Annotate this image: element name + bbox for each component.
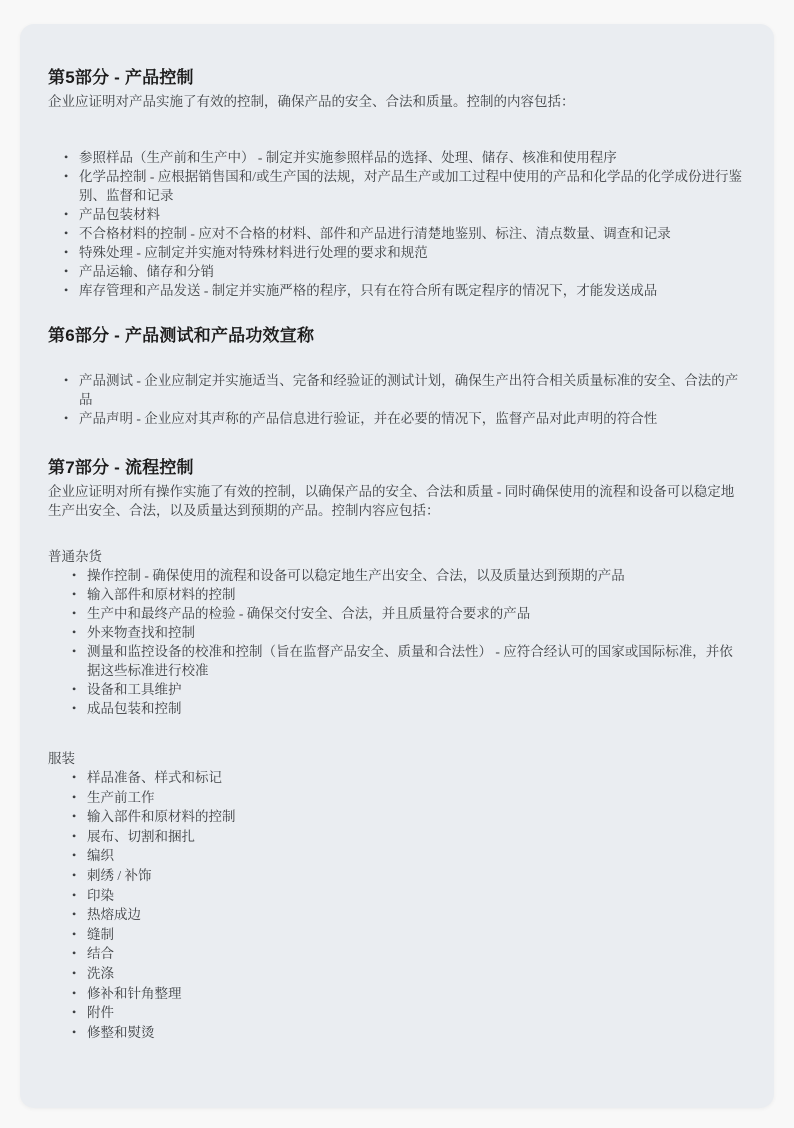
list-item: 展布、切割和捆扎: [70, 827, 746, 847]
list-item: 输入部件和原材料的控制: [70, 585, 746, 604]
bullet-list: 样品准备、样式和标记生产前工作输入部件和原材料的控制展布、切割和捆扎编织刺绣 /…: [48, 768, 746, 1042]
section-product-control: 第5部分 - 产品控制 企业应证明对产品实施了有效的控制，确保产品的安全、合法和…: [48, 66, 746, 300]
list-item: 样品准备、样式和标记: [70, 768, 746, 788]
section-product-testing: 第6部分 - 产品测试和产品功效宣称 产品测试 - 企业应制定并实施适当、完备和…: [48, 324, 746, 428]
list-item: 附件: [70, 1003, 746, 1023]
list-item: 外来物查找和控制: [70, 623, 746, 642]
bullet-list: 参照样品（生产前和生产中） - 制定并实施参照样品的选择、处理、储存、核准和使用…: [48, 148, 746, 300]
section-title: 第7部分 - 流程控制: [48, 456, 746, 480]
section-process-control: 第7部分 - 流程控制 企业应证明对所有操作实施了有效的控制，以确保产品的安全、…: [48, 456, 746, 1042]
list-item: 热熔成边: [70, 905, 746, 925]
list-item: 输入部件和原材料的控制: [70, 807, 746, 827]
list-item: 产品声明 - 企业应对其声称的产品信息进行验证，并在必要的情况下，监督产品对此声…: [62, 409, 746, 428]
list-item: 操作控制 - 确保使用的流程和设备可以稳定地生产出安全、合法，以及质量达到预期的…: [70, 566, 746, 585]
group-apparel: 服装 样品准备、样式和标记生产前工作输入部件和原材料的控制展布、切割和捆扎编织刺…: [48, 749, 746, 1042]
list-item: 参照样品（生产前和生产中） - 制定并实施参照样品的选择、处理、储存、核准和使用…: [62, 148, 746, 167]
group-label: 普通杂货: [48, 547, 746, 566]
section-title: 第5部分 - 产品控制: [48, 66, 746, 90]
list-item: 化学品控制 - 应根据销售国和/或生产国的法规，对产品生产或加工过程中使用的产品…: [62, 167, 746, 205]
list-item: 编织: [70, 846, 746, 866]
list-item: 洗涤: [70, 964, 746, 984]
list-item: 产品包装材料: [62, 205, 746, 224]
list-item: 产品测试 - 企业应制定并实施适当、完备和经验证的测试计划，确保生产出符合相关质…: [62, 371, 746, 409]
section-title: 第6部分 - 产品测试和产品功效宣称: [48, 324, 746, 348]
list-item: 不合格材料的控制 - 应对不合格的材料、部件和产品进行清楚地鉴别、标注、清点数量…: [62, 224, 746, 243]
list-item: 产品运输、储存和分销: [62, 262, 746, 281]
group-general-merchandise: 普通杂货 操作控制 - 确保使用的流程和设备可以稳定地生产出安全、合法，以及质量…: [48, 547, 746, 718]
list-item: 测量和监控设备的校准和控制（旨在监督产品安全、质量和合法性） - 应符合经认可的…: [70, 642, 746, 680]
group-label: 服装: [48, 749, 746, 768]
bullet-list: 产品测试 - 企业应制定并实施适当、完备和经验证的测试计划，确保生产出符合相关质…: [48, 371, 746, 428]
list-item: 结合: [70, 944, 746, 964]
bullet-list: 操作控制 - 确保使用的流程和设备可以稳定地生产出安全、合法，以及质量达到预期的…: [48, 566, 746, 718]
list-item: 生产中和最终产品的检验 - 确保交付安全、合法，并且质量符合要求的产品: [70, 604, 746, 623]
list-item: 特殊处理 - 应制定并实施对特殊材料进行处理的要求和规范: [62, 243, 746, 262]
section-intro: 企业应证明对所有操作实施了有效的控制，以确保产品的安全、合法和质量 - 同时确保…: [48, 482, 746, 520]
list-item: 刺绣 / 补饰: [70, 866, 746, 886]
list-item: 设备和工具维护: [70, 680, 746, 699]
document-card: 第5部分 - 产品控制 企业应证明对产品实施了有效的控制，确保产品的安全、合法和…: [20, 24, 774, 1108]
list-item: 印染: [70, 886, 746, 906]
list-item: 成品包装和控制: [70, 699, 746, 718]
section-intro: 企业应证明对产品实施了有效的控制，确保产品的安全、合法和质量。控制的内容包括：: [48, 92, 746, 111]
list-item: 缝制: [70, 925, 746, 945]
list-item: 生产前工作: [70, 788, 746, 808]
list-item: 修整和熨烫: [70, 1023, 746, 1043]
list-item: 修补和针角整理: [70, 984, 746, 1004]
list-item: 库存管理和产品发送 - 制定并实施严格的程序，只有在符合所有既定程序的情况下，才…: [62, 281, 746, 300]
